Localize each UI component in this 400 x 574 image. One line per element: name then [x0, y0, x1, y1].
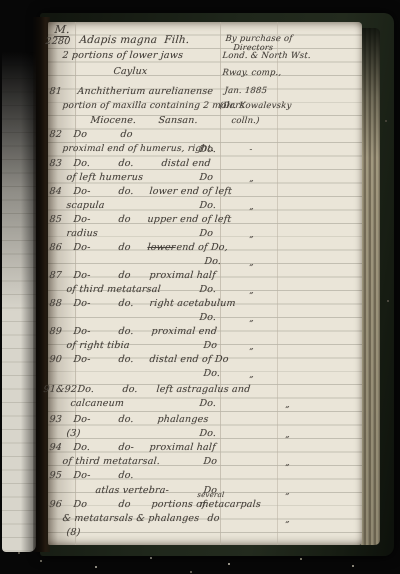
ledger-page	[48, 22, 362, 545]
column-rule-acquisition	[277, 22, 278, 545]
column-rule-number	[75, 22, 76, 545]
photo-background: M. 2280Adapis magna Filh.By purchase ofD…	[0, 0, 400, 574]
previous-page-edge	[2, 52, 36, 552]
page-fore-edge	[361, 28, 380, 545]
column-rule-description	[220, 22, 221, 545]
gutter-shadow	[48, 22, 78, 545]
